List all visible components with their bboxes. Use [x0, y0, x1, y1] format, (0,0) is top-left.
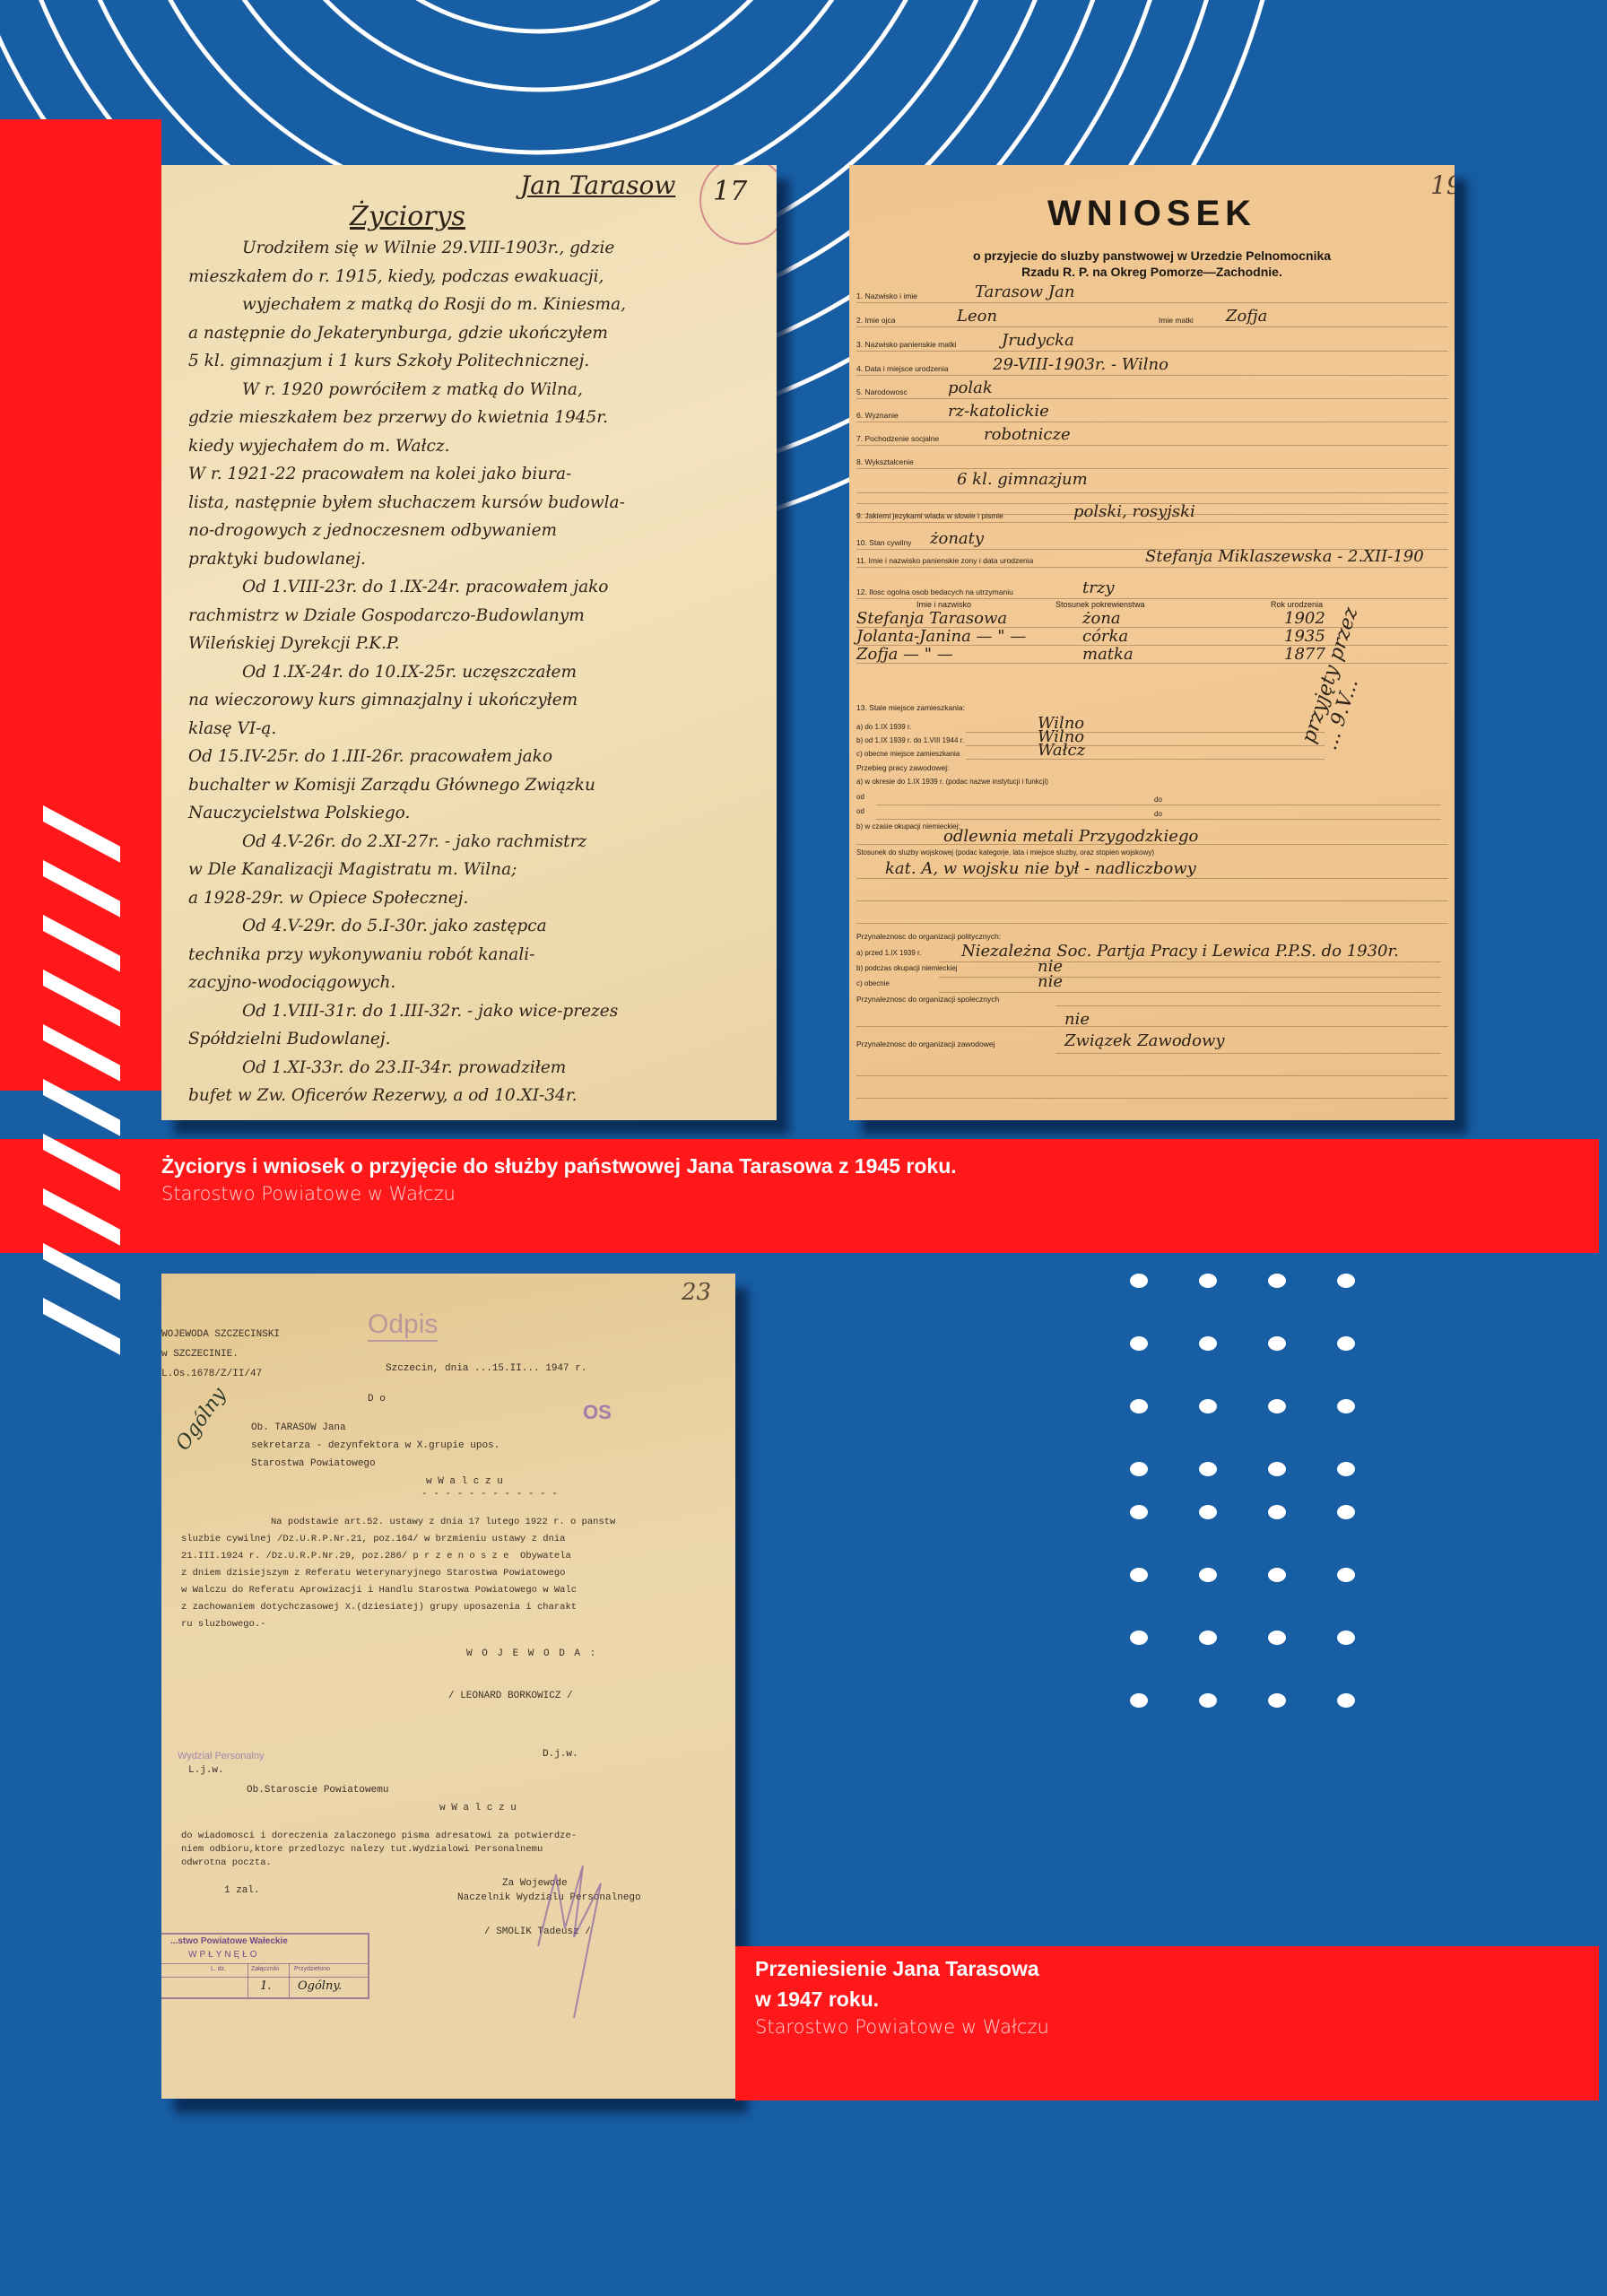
handwritten-text: Urodziłem się w Wilnie 29.VIII-1903r., g… — [188, 239, 771, 1115]
dot — [1130, 1631, 1148, 1645]
form-label: Przynaleznosc do organizacji spolecznych — [856, 995, 999, 1004]
form-value: kat. A, w wojsku nie był - nadliczbowy — [885, 859, 1196, 878]
handwritten-line: buchalter w Komisji Zarządu Głównego Zwi… — [188, 776, 771, 804]
form-label: Stosunek pokrewienstwa — [1055, 600, 1145, 609]
form-label: 1. Nazwisko i imie — [856, 291, 917, 300]
form-label: od — [856, 807, 864, 815]
dot — [1130, 1274, 1148, 1288]
form-label: do — [1154, 810, 1162, 818]
diagonal-stripes-icon — [43, 805, 124, 1370]
form-label: c) obecne miejsce zamieszkania — [856, 750, 960, 758]
handwritten-line: Nauczycielstwa Polskiego. — [188, 804, 771, 832]
form-label: 8. Wyksztalcenie — [856, 457, 914, 466]
attachments: 1 zal. — [224, 1885, 260, 1896]
handwritten-line: W r. 1920 powróciłem z matką do Wilna, — [188, 380, 771, 409]
form-label: od — [856, 793, 864, 801]
form-label: 12. Ilosc ogolna osob bedacych na utrzym… — [856, 587, 1013, 596]
typed-line: 21.III.1924 r. /Dz.U.R.P.Nr.29, poz.286/… — [181, 1548, 733, 1565]
typed-line: w Walczu do Referatu Aprowizacji i Handl… — [181, 1582, 733, 1599]
reference-number: L.Os.1678/Z/II/47 — [161, 1369, 262, 1379]
form-label: 4. Data i miejsce urodzenia — [856, 364, 949, 373]
dot — [1337, 1505, 1355, 1519]
margin-note: Ogólny — [172, 1384, 231, 1455]
dot — [1268, 1693, 1286, 1708]
caption-band: Przeniesienie Jana Tarasowa w 1947 roku.… — [735, 1946, 1599, 2100]
caption-title: w 1947 roku. — [755, 1987, 879, 2012]
handwritten-line: Od 4.V-26r. do 2.XI-27r. - jako rachmist… — [188, 832, 771, 861]
form-value: Jrudycka — [1002, 331, 1074, 350]
handwritten-line: na wieczorowy kurs gimnazjalny i ukończy… — [188, 691, 771, 719]
cc-recipient: Ob.Staroscie Powiatowemu — [247, 1785, 388, 1796]
recipient-city: w W a l c z u — [426, 1476, 503, 1487]
stamp-title: ...stwo Powiatowe Wałeckie — [170, 1936, 288, 1946]
form-label: Stosunek do sluzby wojskowej (podac kate… — [856, 848, 1154, 857]
form-value: nie — [1038, 972, 1063, 991]
handwritten-line: Od 1.VIII-23r. do 1.IX-24r. pracowałem j… — [188, 578, 771, 606]
dot — [1337, 1631, 1355, 1645]
form-label: 2. Imie ojca — [856, 316, 895, 325]
dot — [1130, 1693, 1148, 1708]
form-label: Przynaleznosc do organizacji zawodowej — [856, 1039, 995, 1048]
form-value: 1877 — [1284, 645, 1325, 664]
form-value: Leon — [957, 307, 997, 326]
to-label: D o — [368, 1394, 386, 1405]
stamp-value: 1. — [260, 1979, 271, 1993]
recipient-office: Starostwa Powiatowego — [251, 1458, 376, 1469]
stripe — [43, 1024, 120, 1082]
folio-number: 17 — [713, 176, 747, 207]
stripe — [43, 860, 120, 918]
form-value: odlewnia metali Przygodzkiego — [943, 827, 1198, 846]
stamp-header: Załączniki — [251, 1966, 279, 1972]
dot — [1130, 1399, 1148, 1413]
cc-body: do wiadomosci i doreczenia zalaczonego p… — [181, 1830, 733, 1870]
form-label: a) w okresie do 1.IX 1939 r. (podac nazw… — [856, 778, 1048, 786]
form-label: c) obecnie — [856, 979, 890, 987]
form-fields: 1. Nazwisko i imieTarasow Jan2. Imie ojc… — [849, 165, 1455, 1120]
issuer: WOJEWODA SZCZECINSKI — [161, 1329, 280, 1340]
handwritten-line: Spółdzielni Budowlanej. — [188, 1030, 771, 1058]
recipient-position: sekretarza - dezynfektora w X.grupie upo… — [251, 1440, 499, 1451]
dot — [1337, 1336, 1355, 1351]
form-value: Tarasow Jan — [975, 283, 1074, 301]
document-wniosek-image: 19 WNIOSEK o przyjecie do sluzby panstwo… — [849, 165, 1455, 1120]
form-value: Wałcz — [1038, 741, 1085, 760]
stamp-received: WPŁYNĘŁO — [188, 1950, 260, 1960]
form-label: 3. Nazwisko panienskie matki — [856, 340, 957, 349]
caption-source: Starostwo Powiatowe w Wałczu — [161, 1183, 456, 1205]
form-label: 9. Jakiemi jezykami wlada w slowie i pis… — [856, 511, 1003, 520]
date-line: Szczecin, dnia ...15.II... 1947 r. — [386, 1363, 586, 1374]
form-label: Imie i nazwisko — [916, 600, 971, 609]
form-value: matka — [1082, 645, 1134, 664]
form-value: Jolanta-Janina — " — — [856, 627, 1026, 646]
form-value: Związek Zawodowy — [1064, 1031, 1225, 1050]
form-label: Przebieg pracy zawodowej: — [856, 763, 949, 772]
form-value: Zofja — " — — [856, 645, 953, 664]
form-label: do — [1154, 796, 1162, 804]
handwritten-line: w Dle Kanalizacji Magistratu m. Wilna; — [188, 860, 771, 889]
stripe — [43, 970, 120, 1027]
typed-line: niem odbioru,ktore przedlozyc nalezy tut… — [181, 1843, 733, 1857]
form-label: a) przed 1.IX 1939 r. — [856, 949, 922, 957]
caption-source: Starostwo Powiatowe w Wałczu — [755, 2016, 1049, 2038]
form-value: trzy — [1082, 578, 1115, 597]
recipient-name: Ob. TARASOW Jana — [251, 1422, 346, 1433]
form-label: a) do 1.IX 1939 r. — [856, 723, 911, 731]
dot-grid-icon — [1130, 1274, 1381, 1848]
form-value: Zofja — [1226, 307, 1267, 326]
form-label: 6. Wyznanie — [856, 411, 899, 420]
typed-line: ru sluzbowego.- — [181, 1616, 733, 1633]
odpis-stamp: Odpis — [368, 1309, 438, 1342]
dot — [1199, 1505, 1217, 1519]
dot — [1199, 1336, 1217, 1351]
dot — [1337, 1274, 1355, 1288]
dot — [1268, 1274, 1286, 1288]
form-label: 5. Narodowosc — [856, 387, 908, 396]
caption-title: Przeniesienie Jana Tarasowa — [755, 1957, 1039, 1981]
form-value: 29-VIII-1903r. - Wilno — [993, 355, 1168, 374]
handwritten-line: kiedy wyjechałem do m. Wałcz. — [188, 437, 771, 465]
dot — [1199, 1399, 1217, 1413]
caption-title: Życiorys i wniosek o przyjęcie do służby… — [161, 1154, 957, 1178]
issuer-city: w SZCZECINIE. — [161, 1349, 239, 1360]
transfer-body: Na podstawie art.52. ustawy z dnia 17 lu… — [181, 1514, 733, 1633]
typed-line: z zachowaniem dotychczasowej X.(dziesiat… — [181, 1599, 733, 1616]
stripe — [43, 1298, 120, 1355]
typed-line: sluzbie cywilnej /Dz.U.R.P.Nr.21, poz.16… — [181, 1531, 733, 1548]
handwritten-line: Od 1.IX-24r. do 10.IX-25r. uczęszczałem — [188, 663, 771, 691]
handwritten-line: a 1928-29r. w Opiece Społecznej. — [188, 889, 771, 918]
dot — [1268, 1505, 1286, 1519]
handwritten-line: praktyki budowlanej. — [188, 550, 771, 578]
dot — [1337, 1462, 1355, 1476]
form-value: 1935 — [1284, 627, 1325, 646]
form-value: córka — [1082, 627, 1128, 646]
handwritten-line: Od 15.IV-25r. do 1.III-26r. pracowałem j… — [188, 747, 771, 776]
handwritten-line: technika przy wykonywaniu robót kanali- — [188, 945, 771, 974]
form-value: Stefanja Tarasowa — [856, 609, 1007, 628]
handwritten-line: rachmistrz w Dziale Gospodarczo-Budowlan… — [188, 606, 771, 635]
form-label: 13. Stale miejsce zamieszkania: — [856, 703, 965, 712]
handwritten-line: Od 4.V-29r. do 5.I-30r. jako zastępca — [188, 917, 771, 945]
dot — [1337, 1399, 1355, 1413]
form-label: 7. Pochodzenie socjalne — [856, 434, 939, 443]
typed-line: do wiadomosci i doreczenia zalaczonego p… — [181, 1830, 733, 1843]
handwritten-line: klasę VI-ą. — [188, 719, 771, 748]
handwritten-line: gdzie mieszkałem bez przerwy do kwietnia… — [188, 408, 771, 437]
dot — [1268, 1568, 1286, 1582]
cc-city: w W a l c z u — [439, 1803, 517, 1813]
name-header: Jan Tarasow — [520, 170, 675, 200]
form-value: żonaty — [930, 529, 984, 548]
document-przeniesienie-image: 23 Odpis WOJEWODA SZCZECINSKI w SZCZECIN… — [161, 1274, 735, 2099]
form-value: rz-katolickie — [948, 402, 1049, 421]
handwritten-line: W r. 1921-22 pracowałem na kolei jako bi… — [188, 465, 771, 493]
stripe — [43, 915, 120, 972]
handwritten-line: bufet w Zw. Oficerów Rezerwy, a od 10.XI… — [188, 1086, 771, 1115]
dot — [1268, 1631, 1286, 1645]
stamp-header: L. dz. — [211, 1966, 226, 1972]
dot — [1199, 1631, 1217, 1645]
form-value: Stefanja Miklaszewska - 2.XII-190 — [1145, 547, 1424, 566]
form-label: Przynaleznosc do organizacji politycznyc… — [856, 932, 1001, 941]
dot — [1199, 1274, 1217, 1288]
caption-band: Życiorys i wniosek o przyjęcie do służby… — [0, 1139, 1599, 1253]
handwritten-line: Od 1.VIII-31r. do 1.III-32r. - jako wice… — [188, 1002, 771, 1031]
dot — [1268, 1462, 1286, 1476]
form-label: b) od 1.IX 1939 r. do 1.VIII 1944 r. — [856, 736, 964, 744]
dot — [1130, 1462, 1148, 1476]
stripe — [43, 1079, 120, 1136]
department-stamp: Wydział Personalny — [178, 1751, 265, 1761]
typed-line: z dniem dzisiejszym z Referatu Weterynar… — [181, 1565, 733, 1582]
handwritten-line: Wileńskiej Dyrekcji P.K.P. — [188, 634, 771, 663]
dot — [1130, 1568, 1148, 1582]
form-label: Rok urodzenia — [1271, 600, 1323, 609]
folio-number: 23 — [682, 1279, 711, 1306]
dashes: - - - - - - - - - - - - — [421, 1489, 558, 1500]
form-label: b) podczas okupacji niemieckiej — [856, 964, 958, 972]
dot — [1268, 1336, 1286, 1351]
stripe — [43, 1188, 120, 1246]
dot — [1199, 1568, 1217, 1582]
document-title: Życiorys — [350, 201, 465, 232]
form-label: Imie matki — [1159, 316, 1194, 325]
handwritten-line: no-drogowych z jednoczesnem odbywaniem — [188, 521, 771, 550]
form-value: 1902 — [1284, 609, 1325, 628]
dot — [1199, 1693, 1217, 1708]
stripe — [43, 1134, 120, 1191]
os-stamp: OS — [583, 1401, 612, 1424]
signatory-name: / LEONARD BORKOWICZ / — [448, 1691, 573, 1701]
handwritten-line: 5 kl. gimnazjum i 1 kurs Szkoły Politech… — [188, 352, 771, 380]
document-zyciorys-image: Jan Tarasow 17 Życiorys Urodziłem się w … — [161, 165, 777, 1120]
form-value: 6 kl. gimnazjum — [957, 470, 1088, 489]
djw-label: D.j.w. — [543, 1749, 578, 1760]
form-value: polak — [948, 378, 993, 397]
form-value: Niezależna Soc. Partja Pracy i Lewica P.… — [961, 942, 1399, 961]
form-label: 10. Stan cywilny — [856, 538, 911, 547]
stripe — [43, 805, 120, 863]
dot — [1268, 1399, 1286, 1413]
handwritten-line: Urodziłem się w Wilnie 29.VIII-1903r., g… — [188, 239, 771, 267]
signature-icon — [520, 1848, 628, 2027]
dot — [1337, 1568, 1355, 1582]
form-value: robotnicze — [984, 425, 1071, 444]
handwritten-line: lista, następnie byłem słuchaczem kursów… — [188, 493, 771, 522]
form-label: 11. Imie i nazwisko panienskie zony i da… — [856, 556, 1033, 565]
signatory-title: W O J E W O D A : — [466, 1648, 597, 1659]
form-value: żona — [1082, 609, 1121, 628]
stripe — [43, 1243, 120, 1300]
stamp-value: Ogólny. — [298, 1979, 342, 1993]
dot — [1199, 1462, 1217, 1476]
form-value: polski, rosyjski — [1073, 502, 1195, 521]
handwritten-line: wyjechałem z matką do Rosji do m. Kinies… — [188, 295, 771, 324]
typed-line: odwrotna poczta. — [181, 1857, 733, 1870]
inbox-stamp: ...stwo Powiatowe Wałeckie WPŁYNĘŁO L. d… — [161, 1933, 369, 1999]
dot — [1337, 1693, 1355, 1708]
ljw-label: L.j.w. — [188, 1765, 224, 1776]
handwritten-line: Od 1.XI-33r. do 23.II-34r. prowadziłem — [188, 1058, 771, 1087]
handwritten-line: zacyjno-wodociągowych. — [188, 973, 771, 1002]
typed-line: Na podstawie art.52. ustawy z dnia 17 lu… — [181, 1514, 733, 1531]
dot — [1130, 1336, 1148, 1351]
dot — [1130, 1505, 1148, 1519]
handwritten-line: mieszkałem do r. 1915, kiedy, podczas ew… — [188, 267, 771, 296]
handwritten-line: a następnie do Jekaterynburga, gdzie uko… — [188, 324, 771, 352]
stamp-header: Przydzielono — [294, 1966, 330, 1972]
